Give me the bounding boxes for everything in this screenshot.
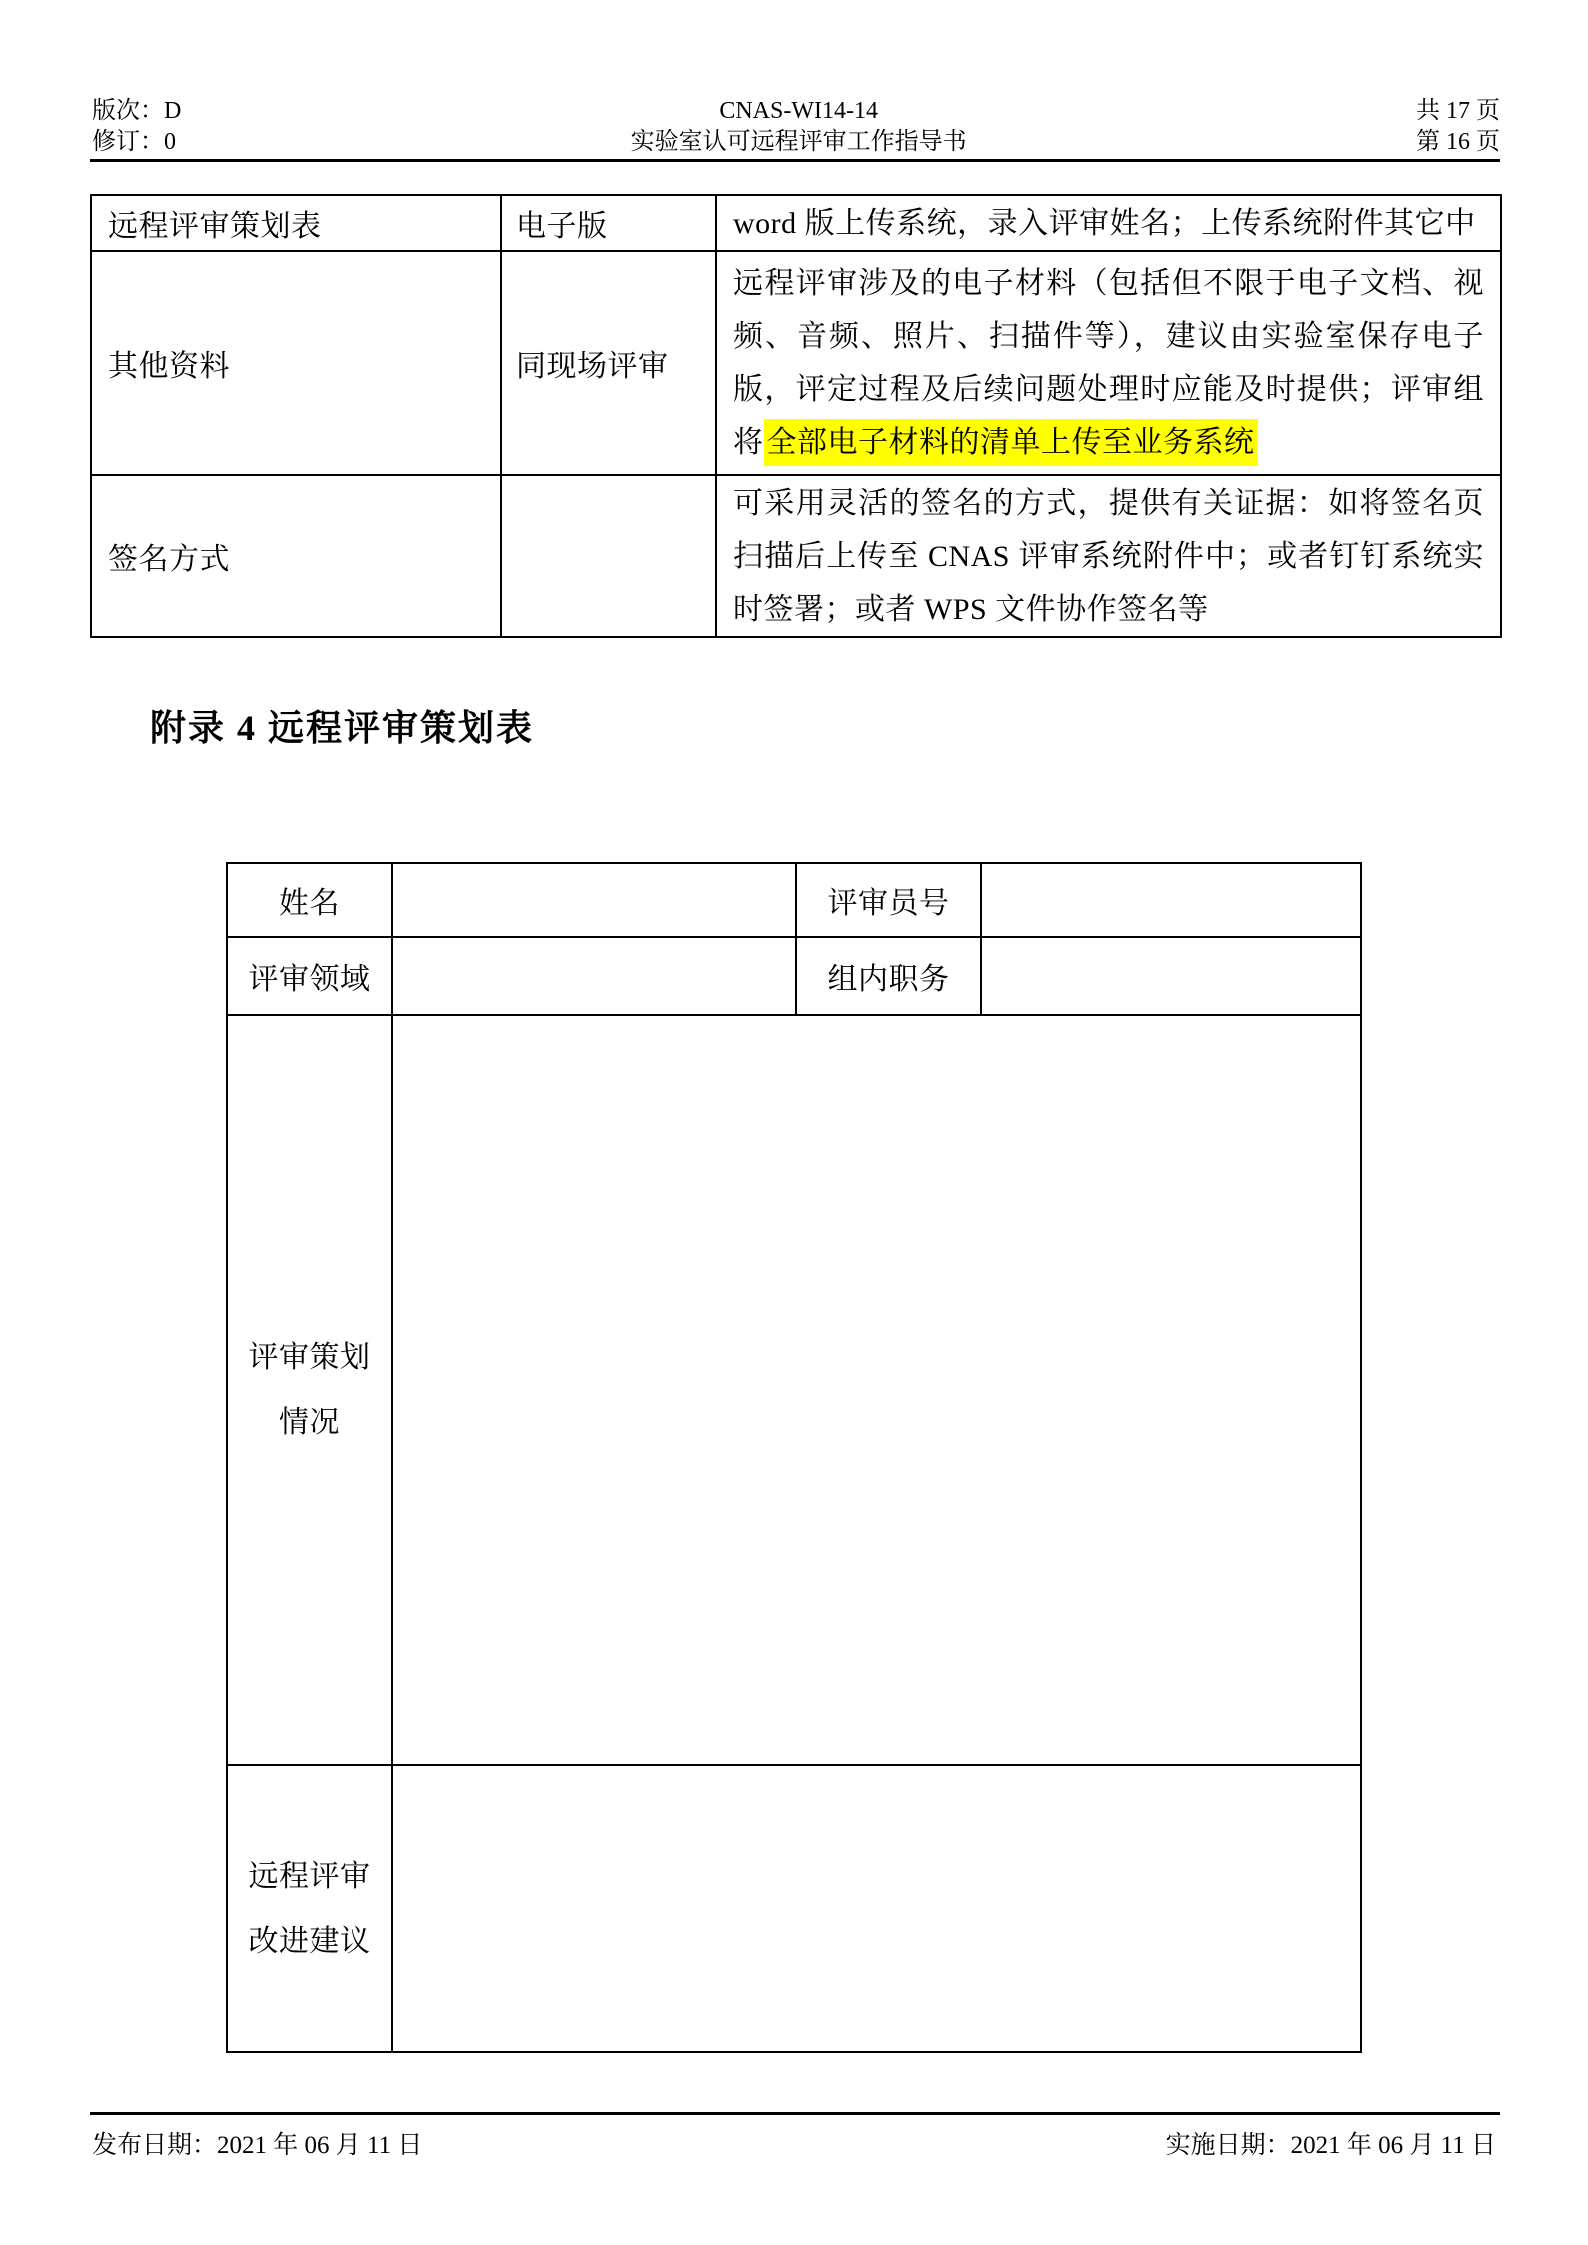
table-row: 姓名 评审员号	[227, 863, 1361, 937]
improvement-value-cell	[392, 1765, 1361, 2052]
revision-label: 修订：0	[92, 127, 181, 158]
mode-cell	[501, 475, 716, 637]
mode-cell: 同现场评审	[501, 251, 716, 475]
row-label-cell: 其他资料	[91, 251, 501, 475]
planning-form-table: 姓名 评审员号 评审领域 组内职务 评审策划 情况 远程评审 改进建议	[226, 862, 1362, 2053]
release-date: 发布日期：2021 年 06 月 11 日	[92, 2126, 422, 2166]
table-row: 其他资料 同现场评审 远程评审涉及的电子材料（包括但不限于电子文档、视频、音频、…	[91, 251, 1501, 475]
page-header: 版次：D 修订：0 CNAS-WI14-14 实验室认可远程评审工作指导书 共 …	[92, 96, 1500, 158]
row-label-cell: 远程评审策划表	[91, 195, 501, 251]
description-cell: 可采用灵活的签名的方式，提供有关证据：如将签名页扫描后上传至 CNAS 评审系统…	[716, 475, 1501, 637]
name-value-cell	[392, 863, 796, 937]
document-number: CNAS-WI14-14	[631, 96, 967, 127]
domain-label: 评审领域	[227, 937, 392, 1015]
table-row: 评审领域 组内职务	[227, 937, 1361, 1015]
appendix-title: 附录 4 远程评审策划表	[150, 700, 534, 751]
footer-divider	[90, 2112, 1500, 2115]
planning-value-cell	[392, 1015, 1361, 1765]
header-center: CNAS-WI14-14 实验室认可远程评审工作指导书	[631, 96, 967, 158]
domain-value-cell	[392, 937, 796, 1015]
role-value-cell	[981, 937, 1361, 1015]
document-title: 实验室认可远程评审工作指导书	[631, 127, 967, 158]
page-footer: 发布日期：2021 年 06 月 11 日 实施日期：2021 年 06 月 1…	[92, 2126, 1496, 2166]
table-row: 远程评审 改进建议	[227, 1765, 1361, 2052]
description-cell: 远程评审涉及的电子材料（包括但不限于电子文档、视频、音频、照片、扫描件等），建议…	[716, 251, 1501, 475]
improvement-label: 远程评审 改进建议	[227, 1765, 392, 2052]
planning-label: 评审策划 情况	[227, 1015, 392, 1765]
assessor-no-value-cell	[981, 863, 1361, 937]
mode-cell: 电子版	[501, 195, 716, 251]
implementation-date: 实施日期：2021 年 06 月 11 日	[1166, 2126, 1496, 2166]
table-row: 远程评审策划表 电子版 word 版上传系统，录入评审姓名；上传系统附件其它中	[91, 195, 1501, 251]
description-text: 可采用灵活的签名的方式，提供有关证据：如将签名页扫描后上传至 CNAS 评审系统…	[733, 487, 1484, 626]
row-label-cell: 签名方式	[91, 475, 501, 637]
header-left: 版次：D 修订：0	[92, 96, 181, 158]
current-page: 第 16 页	[1416, 127, 1500, 158]
document-page: 版次：D 修订：0 CNAS-WI14-14 实验室认可远程评审工作指导书 共 …	[0, 0, 1588, 2245]
assessor-no-label: 评审员号	[796, 863, 981, 937]
name-label: 姓名	[227, 863, 392, 937]
description-text: word 版上传系统，录入评审姓名；上传系统附件其它中	[733, 207, 1476, 240]
description-cell: word 版上传系统，录入评审姓名；上传系统附件其它中	[716, 195, 1501, 251]
total-pages: 共 17 页	[1416, 96, 1500, 127]
highlighted-text: 全部电子材料的清单上传至业务系统	[764, 419, 1258, 466]
version-label: 版次：D	[92, 96, 181, 127]
materials-table: 远程评审策划表 电子版 word 版上传系统，录入评审姓名；上传系统附件其它中 …	[90, 194, 1502, 638]
table-row: 签名方式 可采用灵活的签名的方式，提供有关证据：如将签名页扫描后上传至 CNAS…	[91, 475, 1501, 637]
role-label: 组内职务	[796, 937, 981, 1015]
header-right: 共 17 页 第 16 页	[1416, 96, 1500, 158]
header-divider	[90, 159, 1500, 162]
table-row: 评审策划 情况	[227, 1015, 1361, 1765]
